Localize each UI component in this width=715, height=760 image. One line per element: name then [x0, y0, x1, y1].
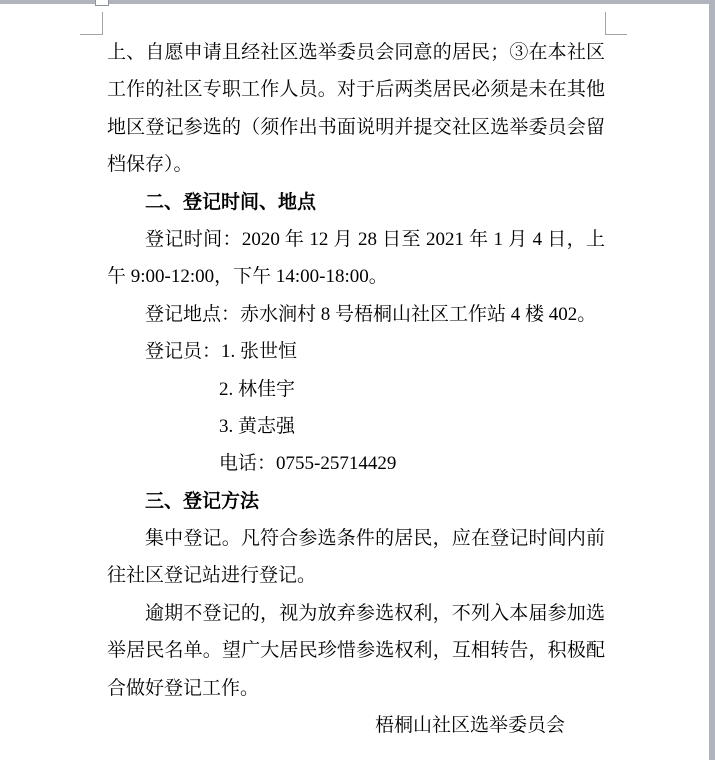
text-line[interactable]: 地区登记参选的（须作出书面说明并提交社区选举委员会留	[107, 109, 605, 146]
text-line[interactable]: 档保存）。	[107, 146, 605, 183]
document-page: 上、自愿申请且经社区选举委员会同意的居民；③在本社区工作的社区专职工作人员。对于…	[0, 0, 715, 760]
text-line[interactable]: 登记员：1. 张世恒	[107, 333, 605, 370]
text-line[interactable]: 2. 林佳宇	[107, 371, 605, 408]
text-line[interactable]: 合做好登记工作。	[107, 670, 605, 707]
margin-crop-mark-top-left	[80, 34, 103, 35]
text-line[interactable]: 3. 黄志强	[107, 408, 605, 445]
document-text[interactable]: 上、自愿申请且经社区选举委员会同意的居民；③在本社区工作的社区专职工作人员。对于…	[107, 34, 605, 744]
page-right-gap	[709, 0, 715, 760]
signature-line[interactable]: 梧桐山社区选举委员会	[107, 707, 605, 744]
margin-crop-mark-top-left	[102, 12, 103, 35]
margin-crop-mark-top-right	[605, 34, 627, 35]
section-heading[interactable]: 三、登记方法	[107, 483, 605, 520]
page-gap-notch	[95, 0, 109, 6]
text-line[interactable]: 逾期不登记的，视为放弃参选权利，不列入本届参加选	[107, 595, 605, 632]
text-line[interactable]: 登记地点：赤水涧村 8 号梧桐山社区工作站 4 楼 402。	[107, 296, 605, 333]
text-line[interactable]: 工作的社区专职工作人员。对于后两类居民必须是未在其他	[107, 71, 605, 108]
text-line[interactable]: 集中登记。凡符合参选条件的居民，应在登记时间内前	[107, 520, 605, 557]
text-line[interactable]: 上、自愿申请且经社区选举委员会同意的居民；③在本社区	[107, 34, 605, 71]
text-line[interactable]: 举居民名单。望广大居民珍惜参选权利，互相转告，积极配	[107, 632, 605, 669]
section-heading[interactable]: 二、登记时间、地点	[107, 184, 605, 221]
text-line[interactable]: 登记时间：2020 年 12 月 28 日至 2021 年 1 月 4 日，上	[107, 221, 605, 258]
margin-crop-mark-top-right	[605, 12, 606, 35]
text-line[interactable]: 往社区登记站进行登记。	[107, 557, 605, 594]
text-line[interactable]: 午 9:00-12:00，下午 14:00-18:00。	[107, 258, 605, 295]
text-line[interactable]: 电话：0755-25714429	[107, 445, 605, 482]
